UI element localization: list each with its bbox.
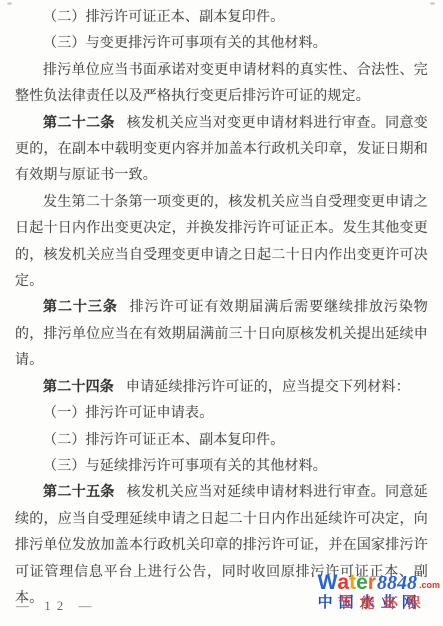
brand-letter: e [356,572,368,593]
brand-number: 8848 [377,573,417,593]
document-text-block: （二）排污许可证正本、副本复印件。 （三）与变更排污许可事项有关的其他材料。 排… [15,5,428,612]
paragraph: （二）排污许可证正本、副本复印件。 [15,428,428,454]
paragraph-text: （三）与延续排污许可事项有关的其他材料。 [43,459,327,474]
article-number: 第二十五条 [43,485,115,500]
paragraph: （三）与变更排污许可事项有关的其他材料。 [15,31,428,57]
watermark-chinese: 中国水业网 节能环保 [318,595,440,612]
brand-letter: r [368,572,376,593]
article-number: 第二十二条 [43,116,115,131]
paragraph-text: 申请延续排污许可证的，应当提交下列材料： [126,380,410,395]
watermark-logo: W a t e r 8848 .com 中国水业网 节能环保 [318,572,440,612]
paragraph: （三）与延续排污许可事项有关的其他材料。 [15,454,428,480]
paragraph: 第二十二条核发机关应当对变更申请材料进行审查。同意变更的，在副本中载明变更内容并… [15,111,428,190]
brand-tld: .com [419,581,440,590]
page-number: — 12 — [16,598,98,614]
paragraph-text: （二）排污许可证正本、副本复印件。 [43,433,284,448]
article-number: 第二十四条 [43,380,114,395]
watermark-cn-red-text: 节能环保 [338,596,430,610]
paragraph-text: 发生第二十条第一项变更的，核发机关应当自受理变更申请之日起十日内作出变更决定，并… [15,195,428,289]
paragraph: 发生第二十条第一项变更的，核发机关应当自受理变更申请之日起十日内作出变更决定，并… [15,190,428,296]
article-number: 第二十三条 [43,300,118,315]
paragraph-text: 排污单位应当书面承诺对变更申请材料的真实性、合法性、完整性负法律责任以及严格执行… [15,63,428,104]
brand-letter: t [349,572,356,593]
brand-letter: a [337,572,349,593]
brand-letter: W [318,572,338,593]
scan-speck [430,2,435,5]
scan-speck [7,2,12,5]
paragraph: （二）排污许可证正本、副本复印件。 [15,5,428,31]
watermark-brand: W a t e r 8848 .com [318,572,440,593]
paragraph: 第二十三条排污许可证有效期届满后需要继续排放污染物的，排污单位应当在有效期届满前… [15,295,428,374]
document-page: （二）排污许可证正本、副本复印件。 （三）与变更排污许可事项有关的其他材料。 排… [0,0,443,626]
paragraph-text: （三）与变更排污许可事项有关的其他材料。 [43,36,327,51]
paragraph-text: （一）排污许可证申请表。 [43,406,213,421]
paragraph-text: （二）排污许可证正本、副本复印件。 [43,10,284,25]
paragraph: 第二十四条申请延续排污许可证的，应当提交下列材料： [15,375,428,401]
paragraph: 排污单位应当书面承诺对变更申请材料的真实性、合法性、完整性负法律责任以及严格执行… [15,58,428,111]
paragraph: （一）排污许可证申请表。 [15,401,428,427]
